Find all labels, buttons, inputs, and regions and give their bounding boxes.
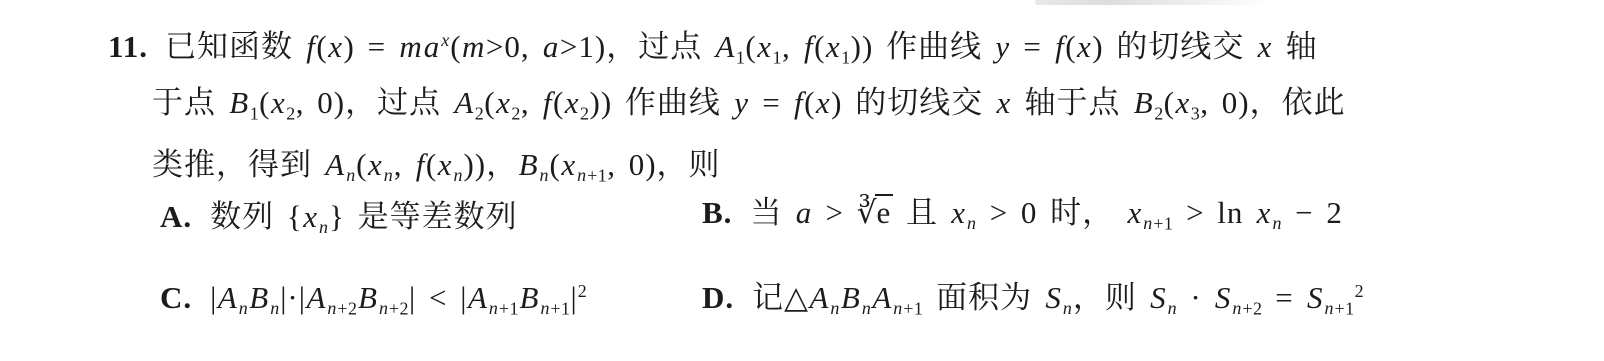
option-b: B.当 a > ∛e 且 xn > 0 时， xn+1 > ln xn − 2	[702, 190, 1343, 246]
option-c: C.|AnBn|·|An+2Bn+2| < |An+1Bn+1|2	[160, 268, 587, 331]
option-b-label: B.	[702, 195, 732, 230]
option-b-text: 当 a > ∛e 且 xn > 0 时， xn+1 > ln xn − 2	[750, 195, 1342, 230]
option-a-label: A.	[160, 199, 192, 234]
option-c-text: |AnBn|·|An+2Bn+2| < |An+1Bn+1|2	[210, 280, 587, 315]
question-line-2: 于点 B1(x2, 0)，过点 A2(x2, f(x2)) 作曲线 y = f(…	[152, 80, 1346, 136]
exam-question-sheet: 11.已知函数 f(x) = max(m>0, a>1)，过点 A1(x1, f…	[0, 0, 1604, 361]
question-text-line-3: 类推，得到 An(xn, f(xn))，Bn(xn+1, 0)，则	[152, 147, 721, 182]
option-a-text: 数列 {xn} 是等差数列	[210, 199, 518, 234]
option-c-label: C.	[160, 280, 192, 315]
option-d-label: D.	[702, 280, 734, 315]
question-text-line-2: 于点 B1(x2, 0)，过点 A2(x2, f(x2)) 作曲线 y = f(…	[152, 85, 1346, 120]
option-d: D.记△AnBnAn+1 面积为 Sn，则 Sn · Sn+2 = Sn+12	[702, 268, 1364, 331]
question-line-1: 11.已知函数 f(x) = max(m>0, a>1)，过点 A1(x1, f…	[108, 17, 1318, 80]
question-line-3: 类推，得到 An(xn, f(xn))，Bn(xn+1, 0)，则	[152, 142, 721, 198]
scan-artifact	[1035, 0, 1270, 5]
question-number: 11.	[108, 29, 148, 64]
question-text-line-1: 已知函数 f(x) = max(m>0, a>1)，过点 A1(x1, f(x1…	[165, 29, 1318, 64]
option-a: A.数列 {xn} 是等差数列	[160, 194, 518, 250]
option-d-text: 记△AnBnAn+1 面积为 Sn，则 Sn · Sn+2 = Sn+12	[752, 280, 1364, 315]
